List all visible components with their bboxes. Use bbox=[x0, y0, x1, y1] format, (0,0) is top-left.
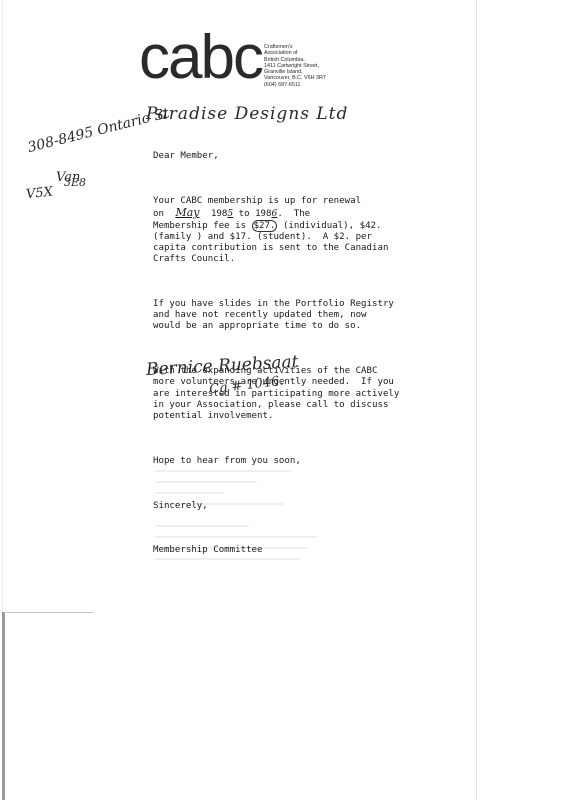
renewal-line-1: Your CABC membership is up for renewal bbox=[153, 196, 361, 206]
fee-line-3: capita contribution is sent to the Canad… bbox=[153, 243, 388, 253]
renewal-line-2-start: on bbox=[153, 209, 169, 219]
text-line: in your Association, please call to disc… bbox=[153, 400, 388, 410]
paragraph-renewal: Your CABC membership is up for renewal o… bbox=[153, 196, 399, 265]
paper-edge-right bbox=[476, 0, 477, 800]
year-to-prefix: to 198 bbox=[233, 209, 271, 219]
salutation: Dear Member, bbox=[153, 151, 399, 162]
fee-line-end: (individual), $42. bbox=[277, 221, 381, 231]
handwritten-postal-code-part1: V5X bbox=[25, 185, 53, 203]
paper-edge-left-lower bbox=[2, 612, 5, 800]
fee-line-start: Membership fee is bbox=[153, 221, 252, 231]
closing-line: Hope to hear from you soon, bbox=[153, 456, 399, 467]
org-line: Vancouver, B.C. V6H 3R7 bbox=[264, 75, 326, 81]
text-line: would be an appropriate time to do so. bbox=[153, 321, 361, 331]
text-line: and have not recently updated them, now bbox=[153, 310, 367, 320]
scanned-letter-page: cabc Craftsmen's Association of British … bbox=[0, 0, 565, 800]
handwritten-renewal-month: May bbox=[169, 206, 205, 219]
text-line: If you have slides in the Portfolio Regi… bbox=[153, 299, 394, 309]
fee-line-4: Crafts Council. bbox=[153, 254, 235, 264]
text-line: are interested in participating more act… bbox=[153, 389, 399, 399]
fee-line-2: (family ) and $17. (student). A $2. per bbox=[153, 232, 372, 242]
org-line: (604) 687-6511 bbox=[264, 82, 326, 88]
renewal-line-2-end: . The bbox=[277, 209, 310, 219]
paragraph-portfolio: If you have slides in the Portfolio Regi… bbox=[153, 299, 399, 333]
circled-individual-fee: $27. bbox=[252, 220, 278, 232]
year-from-prefix: 198 bbox=[205, 209, 227, 219]
organization-address: Craftsmen's Association of British Colum… bbox=[264, 44, 326, 88]
cabc-logo: cabc bbox=[139, 32, 262, 88]
paper-edge-left-upper bbox=[2, 0, 3, 612]
handwritten-street-address: 308-8495 Ontario St bbox=[26, 105, 171, 156]
reverse-side-bleed-through bbox=[155, 470, 325, 590]
paper-edge-horizontal bbox=[4, 612, 94, 613]
handwritten-company-name: Paradise Designs Ltd bbox=[146, 104, 348, 124]
handwritten-postal-code-part2: 3E8 bbox=[64, 176, 86, 189]
text-line: potential involvement. bbox=[153, 411, 273, 421]
